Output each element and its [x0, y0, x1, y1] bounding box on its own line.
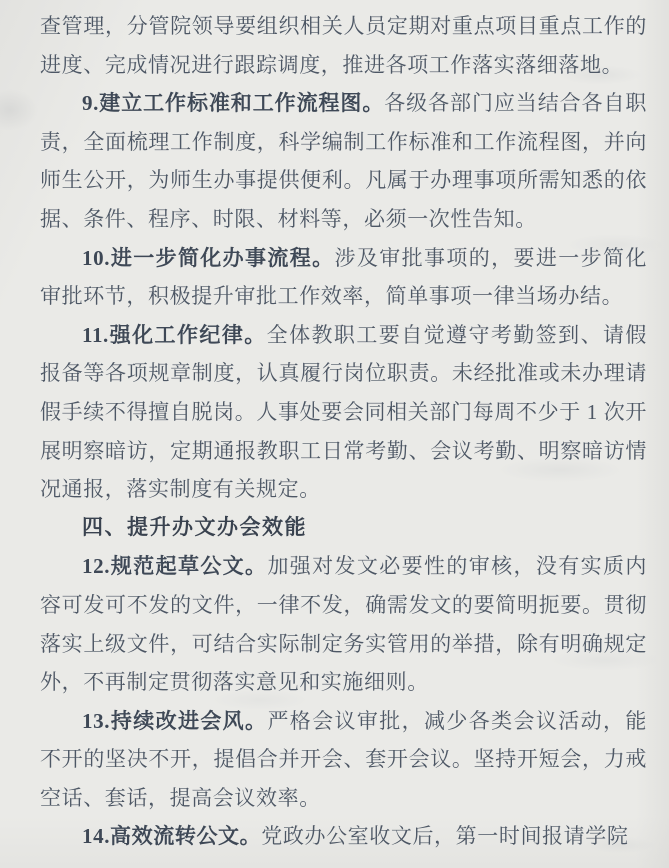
paragraph-lead: 13.持续改进会风。: [82, 709, 267, 733]
paragraph-9: 9.建立工作标准和工作流程图。各级各部门应当结合各自职责，全面梳理工作制度，科学…: [40, 84, 647, 238]
paragraph-lead: 9.建立工作标准和工作流程图。: [82, 91, 384, 115]
paragraph-lead: 10.进一步简化办事流程。: [82, 246, 335, 270]
paragraph-lead: 14.高效流转公文。: [82, 824, 261, 848]
paragraph-text: 全体教职工要自觉遵守考勤签到、请假报备等各项规章制度，认真履行岗位职责。未经批准…: [40, 323, 647, 501]
paragraph-text: 查管理，分管院领导要组织相关人员定期对重点项目重点工作的进度、完成情况进行跟踪调…: [40, 14, 647, 77]
paragraph-lead: 12.规范起草公文。: [82, 554, 267, 578]
paragraph-12: 12.规范起草公文。加强对发文必要性的审核，没有实质内容可发可不发的文件，一律不…: [40, 547, 647, 701]
paragraph-10: 10.进一步简化办事流程。涉及审批事项的，要进一步简化审批环节，积极提升审批工作…: [40, 239, 647, 316]
paragraph-continuation: 查管理，分管院领导要组织相关人员定期对重点项目重点工作的进度、完成情况进行跟踪调…: [40, 7, 647, 84]
document-page: 查管理，分管院领导要组织相关人员定期对重点项目重点工作的进度、完成情况进行跟踪调…: [0, 0, 669, 868]
section-heading-4: 四、提升办文办会效能: [40, 509, 647, 548]
paragraph-13: 13.持续改进会风。严格会议审批，减少各类会议活动，能不开的坚决不开，提倡合并开…: [40, 702, 647, 818]
paragraph-lead: 11.强化工作纪律。: [82, 323, 267, 347]
paragraph-text: 党政办公室收文后，第一时间报请学院: [261, 824, 628, 848]
paragraph-11: 11.强化工作纪律。全体教职工要自觉遵守考勤签到、请假报备等各项规章制度，认真履…: [40, 316, 647, 509]
paragraph-14: 14.高效流转公文。党政办公室收文后，第一时间报请学院: [40, 817, 647, 856]
